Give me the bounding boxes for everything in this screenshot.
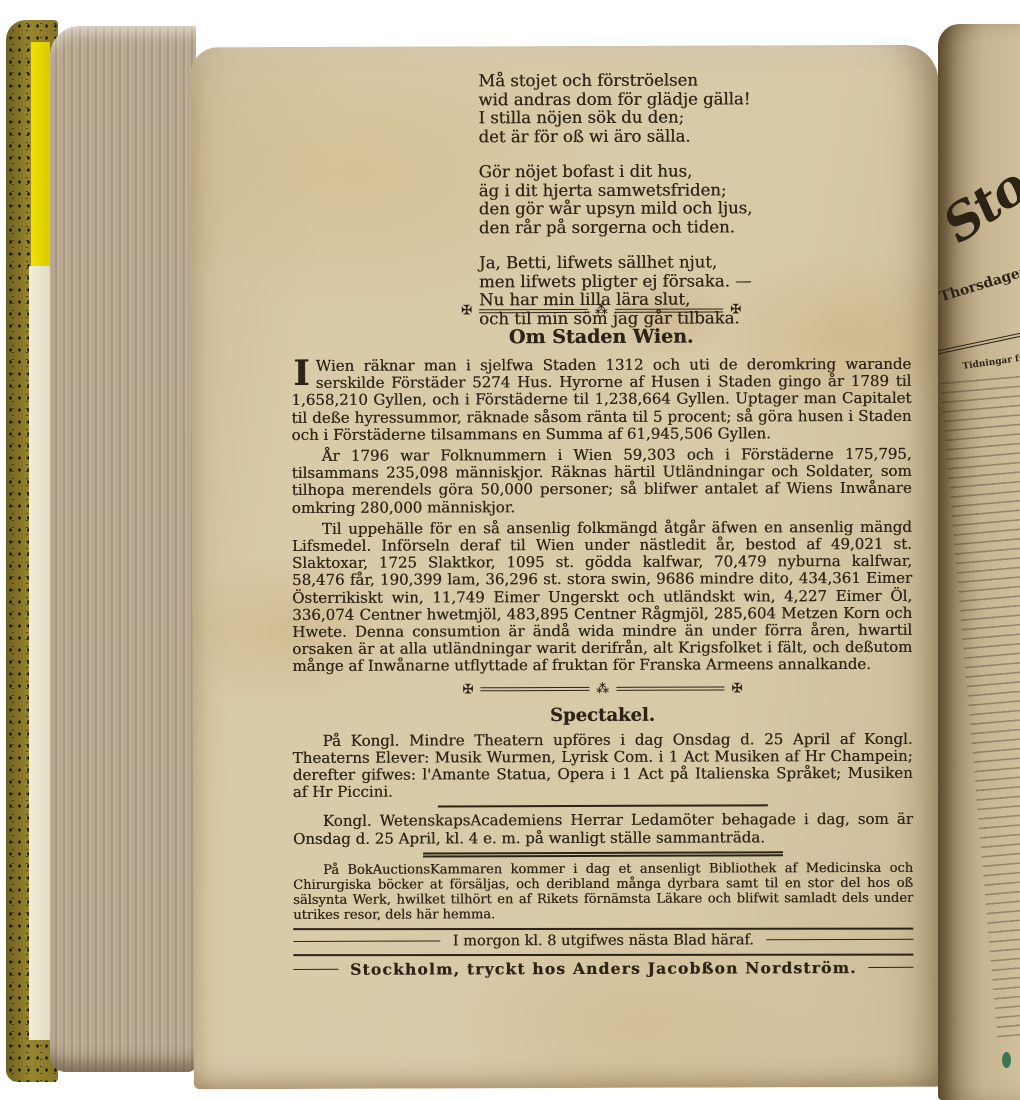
rule-segment <box>869 966 914 967</box>
ornament-cross-icon: ✠ <box>731 682 742 695</box>
poem-line: den rår på sorgerna och tiden. <box>479 218 753 237</box>
spectakel-heading: Spectakel. <box>292 703 912 726</box>
poem-line: det är för oß wi äro sälla. <box>478 127 752 146</box>
poem-line: men lifwets pligter ej försaka. — <box>479 272 753 291</box>
right-page-masthead: Stockholm <box>938 24 1020 254</box>
rule-segment <box>766 939 913 941</box>
section-divider-ornament: ✠ ⁂ ✠ <box>462 682 742 696</box>
ornament-center-icon: ⁂ <box>595 304 608 317</box>
poem-line: den gör wår upsyn mild och ljus, <box>479 199 753 218</box>
imprint-row: Stockholm, tryckt hos Anders Jacobßon No… <box>293 957 913 978</box>
next-issue-row: I morgon kl. 8 utgifwes nästa Blad häraf… <box>293 931 913 949</box>
divider-line <box>615 308 724 312</box>
rule-segment <box>293 941 440 943</box>
spectakel-paragraph: På Kongl. Mindre Theatern upföres i dag … <box>293 730 913 801</box>
poem-stanza-1: Må stojet och förströelsen wid andras do… <box>478 71 752 146</box>
separator-rule-double <box>423 851 783 857</box>
right-page-section-label: Tidningar fr <box>962 353 1020 371</box>
auction-notice: På BokAuctionsKammaren kommer i dag et a… <box>293 861 913 924</box>
yellow-bookmark <box>31 42 50 266</box>
poem-stanza-2: Gör nöjet bofast i dit hus, äg i dit hje… <box>479 162 753 237</box>
article-paragraph-1-text: Wien räknar man i sjelfwa Staden 1312 oc… <box>291 355 911 444</box>
next-issue-text: I morgon kl. 8 utgifwes nästa Blad häraf… <box>453 932 754 949</box>
poem-line: Ja, Betti, lifwets sällhet njut, <box>479 253 753 272</box>
article-heading: Om Staden Wien. <box>291 325 911 349</box>
section-divider-ornament: ✠ ⁂ ✠ <box>461 303 741 317</box>
drop-cap-initial: I <box>293 359 309 388</box>
book-photo: Må stojet och förströelsen wid andras do… <box>0 0 1020 1100</box>
right-page-edge: Stockholm Thorsdagen, d Tidningar fr <box>938 24 1020 1100</box>
divider-line <box>616 687 725 691</box>
horizontal-rule <box>293 953 913 956</box>
cover-speck <box>1002 1052 1011 1068</box>
poem-line: wid andras dom för glädje gälla! <box>478 90 752 109</box>
left-page-content: Må stojet och förströelsen wid andras do… <box>290 45 914 1089</box>
separator-rule <box>438 805 768 808</box>
poem-line: I stilla nöjen sök du den; <box>478 108 752 127</box>
poem-line: äg i dit hjerta samwetsfriden; <box>479 181 753 200</box>
article-paragraph-3: Til uppehälle för en så ansenlig folkmän… <box>292 519 913 676</box>
ornament-cross-icon: ✠ <box>730 303 741 316</box>
ornament-cross-icon: ✠ <box>461 304 472 317</box>
divider-line <box>479 308 588 312</box>
ornament-center-icon: ⁂ <box>596 683 609 696</box>
ornament-cross-icon: ✠ <box>462 683 473 696</box>
article-paragraph-1: IWien räknar man i sjelfwa Staden 1312 o… <box>291 356 911 444</box>
poem-line: Gör nöjet bofast i dit hus, <box>479 162 753 181</box>
academy-notice: Kongl. WetenskapsAcademiens Herrar Ledam… <box>293 811 913 848</box>
divider-line <box>480 687 589 691</box>
article-paragraph-2: År 1796 war Folknummern i Wien 59,303 oc… <box>292 446 912 517</box>
imprint-text: Stockholm, tryckt hos Anders Jacobßon No… <box>350 958 857 979</box>
poem-line: Må stojet och förströelsen <box>478 71 752 90</box>
rule-segment <box>293 968 338 969</box>
article-flow: ✠ ⁂ ✠ Om Staden Wien. IWien räknar man i… <box>291 303 913 981</box>
right-page-illegible-text <box>940 370 1020 1038</box>
horizontal-rule <box>293 927 913 930</box>
right-page-rule <box>938 326 1020 355</box>
page-stack-fore-edge <box>50 26 196 1072</box>
left-page: Må stojet och förströelsen wid andras do… <box>190 45 942 1090</box>
